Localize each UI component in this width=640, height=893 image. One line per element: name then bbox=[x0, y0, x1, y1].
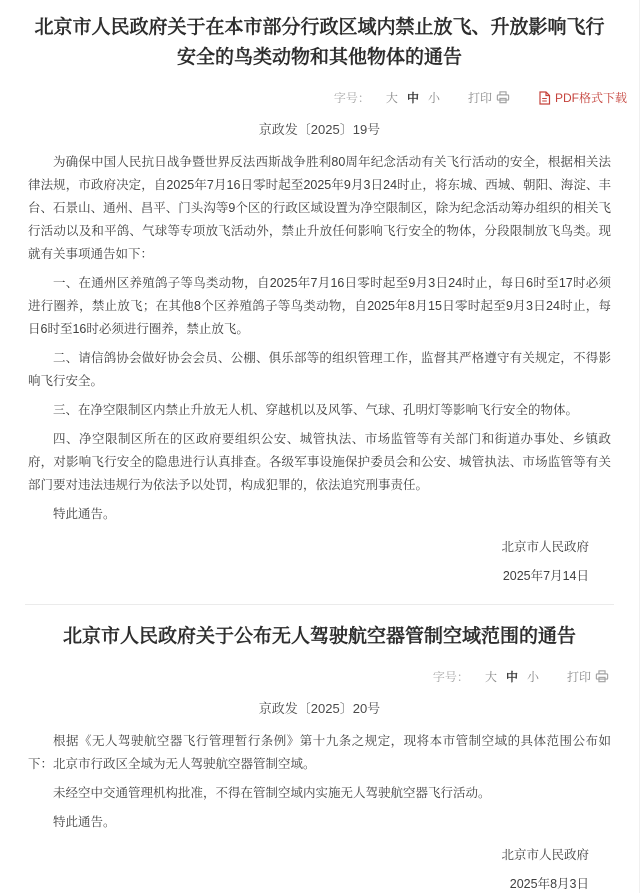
page-title-2: 北京市人民政府关于公布无人驾驶航空器管制空域范围的通告 bbox=[0, 605, 639, 652]
paragraph: 根据《无人驾驶航空器飞行管理暂行条例》第十九条之规定，现将本市管制空域的具体范围… bbox=[28, 730, 611, 776]
closing-line: 特此通告。 bbox=[28, 811, 611, 834]
print-button-label: 打印 bbox=[567, 668, 591, 685]
paragraph: 一、在通州区养殖鸽子等鸟类动物，自2025年7月16日零时起至9月3日24时止，… bbox=[28, 272, 611, 341]
paragraph: 四、净空限制区所在的区政府要组织公安、城管执法、市场监管等有关部门和街道办事处、… bbox=[28, 428, 611, 497]
signature-date: 2025年8月3日 bbox=[0, 875, 589, 893]
font-size-small-button[interactable]: 小 bbox=[428, 89, 440, 106]
doc-number: 京政发〔2025〕19号 bbox=[0, 119, 639, 138]
paragraph: 三、在净空限制区内禁止升放无人机、穿越机以及风筝、气球、孔明灯等影响飞行安全的物… bbox=[28, 399, 611, 422]
toolbar-doc-1: 字号： 大 中 小 打印 bbox=[0, 89, 627, 106]
printer-icon bbox=[496, 91, 510, 104]
signature-block: 北京市人民政府 2025年7月14日 bbox=[0, 538, 589, 585]
font-size-label: 字号： bbox=[334, 89, 370, 106]
notice-doc-2: 北京市人民政府关于公布无人驾驶航空器管制空域范围的通告 字号： 大 中 小 打印 bbox=[0, 605, 639, 893]
closing-line: 特此通告。 bbox=[28, 503, 611, 526]
font-size-selector: 大 中 小 bbox=[377, 89, 440, 106]
pdf-file-icon bbox=[538, 91, 551, 105]
signature-date: 2025年7月14日 bbox=[0, 567, 589, 585]
pdf-download-link[interactable]: PDF格式下载 bbox=[538, 89, 627, 106]
paragraph: 未经空中交通管理机构批准，不得在管制空域内实施无人驾驶航空器飞行活动。 bbox=[28, 782, 611, 805]
font-size-label: 字号： bbox=[433, 668, 469, 685]
font-size-medium-button[interactable]: 中 bbox=[506, 668, 518, 685]
doc-number: 京政发〔2025〕20号 bbox=[0, 698, 639, 717]
signature-block: 北京市人民政府 2025年8月3日 bbox=[0, 846, 589, 893]
doc-1-body: 为确保中国人民抗日战争暨世界反法西斯战争胜利80周年纪念活动有关飞行活动的安全，… bbox=[28, 151, 611, 526]
page: 北京市人民政府关于在本市部分行政区域内禁止放飞、升放影响飞行安全的鸟类动物和其他… bbox=[0, 0, 640, 893]
print-button[interactable]: 打印 bbox=[567, 668, 609, 685]
pdf-download-label: PDF格式下载 bbox=[555, 89, 627, 106]
font-size-large-button[interactable]: 大 bbox=[485, 668, 497, 685]
paragraph: 为确保中国人民抗日战争暨世界反法西斯战争胜利80周年纪念活动有关飞行活动的安全，… bbox=[28, 151, 611, 266]
signature-org: 北京市人民政府 bbox=[0, 846, 589, 864]
doc-2-body: 根据《无人驾驶航空器飞行管理暂行条例》第十九条之规定，现将本市管制空域的具体范围… bbox=[28, 730, 611, 834]
font-size-selector: 大 中 小 bbox=[476, 668, 539, 685]
signature-org: 北京市人民政府 bbox=[0, 538, 589, 556]
paragraph: 二、请信鸽协会做好协会会员、公棚、俱乐部等的组织管理工作，监督其严格遵守有关规定… bbox=[28, 347, 611, 393]
notice-doc-1: 北京市人民政府关于在本市部分行政区域内禁止放飞、升放影响飞行安全的鸟类动物和其他… bbox=[0, 0, 639, 585]
toolbar-doc-2: 字号： 大 中 小 打印 bbox=[0, 668, 609, 685]
font-size-large-button[interactable]: 大 bbox=[386, 89, 398, 106]
font-size-small-button[interactable]: 小 bbox=[527, 668, 539, 685]
print-button-label: 打印 bbox=[468, 89, 492, 106]
font-size-medium-button[interactable]: 中 bbox=[407, 89, 419, 106]
printer-icon bbox=[595, 670, 609, 683]
print-button[interactable]: 打印 bbox=[468, 89, 510, 106]
page-title: 北京市人民政府关于在本市部分行政区域内禁止放飞、升放影响飞行安全的鸟类动物和其他… bbox=[0, 0, 639, 73]
